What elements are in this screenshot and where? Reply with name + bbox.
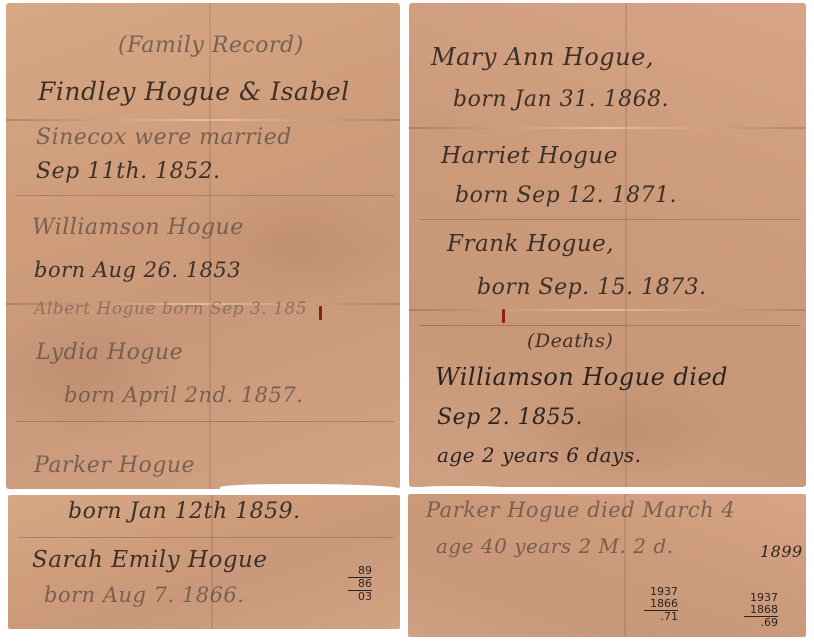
marriage-line-1: Findley Hogue & Isabel (38, 77, 350, 106)
vertical-fold (625, 3, 627, 487)
parker-birth: born Jan 12th 1859. (68, 499, 301, 524)
margin-calculation: 89 86 03 (348, 565, 372, 603)
ruled-line (16, 421, 394, 422)
margin-calculation-2: 1937 1868 .69 (744, 592, 778, 629)
fold-line (409, 127, 806, 129)
harriet-name: Harriet Hogue (441, 143, 618, 169)
harriet-birth: born Sep 12. 1871. (455, 183, 677, 208)
right-page-lower-sheet: Parker Hogue died March 4 age 40 years 2… (408, 494, 806, 637)
red-ink-mark (319, 306, 322, 320)
red-ink-mark (502, 309, 505, 323)
sarah-birth: born Aug 7. 1866. (44, 583, 244, 607)
calc-value: 03 (348, 590, 372, 603)
calc-value: .69 (744, 616, 778, 629)
parker-death-year: 1899 (760, 542, 803, 561)
williamson-name: Williamson Hogue (32, 215, 244, 240)
calc-value: .71 (644, 610, 678, 623)
margin-calculation-1: 1937 1866 .71 (644, 586, 678, 623)
parker-death: Parker Hogue died March 4 (426, 498, 735, 522)
mary-ann-birth: born Jan 31. 1868. (453, 87, 669, 112)
albert-line-erased: Albert Hogue born Sep 3. 185 (34, 299, 307, 319)
calc-value: 1868 (744, 604, 778, 616)
family-record-heading: (Family Record) (118, 33, 304, 58)
calc-value: 86 (348, 577, 372, 590)
marriage-line-2: Sinecox were married (36, 125, 292, 150)
stain (186, 183, 400, 303)
frank-birth: born Sep. 15. 1873. (477, 275, 707, 300)
lydia-name: Lydia Hogue (36, 340, 183, 365)
parker-age: age 40 years 2 M. 2 d. (436, 534, 673, 558)
calc-value: 1866 (644, 598, 678, 610)
ruled-line (419, 219, 800, 220)
williamson-birth: born Aug 26. 1853 (34, 258, 241, 282)
parker-name: Parker Hogue (34, 453, 195, 478)
lydia-birth: born April 2nd. 1857. (64, 383, 303, 407)
williamson-death: Williamson Hogue died (435, 363, 728, 391)
stain (6, 303, 186, 443)
frank-name: Frank Hogue, (447, 231, 614, 257)
williamson-death-date: Sep 2. 1855. (437, 405, 583, 430)
sarah-name: Sarah Emily Hogue (32, 547, 267, 573)
deaths-heading: (Deaths) (527, 330, 613, 352)
ruled-line (18, 537, 394, 538)
calc-value: 89 (348, 565, 372, 577)
fold-line (6, 119, 400, 121)
mary-ann-name: Mary Ann Hogue, (431, 43, 654, 71)
right-page-upper-sheet: Mary Ann Hogue, born Jan 31. 1868. Harri… (409, 3, 806, 487)
stain (509, 383, 729, 483)
torn-edge (220, 484, 400, 493)
fold-line (409, 309, 806, 311)
vertical-fold (209, 3, 211, 489)
ruled-line (419, 325, 800, 326)
left-page-lower-sheet: born Jan 12th 1859. Sarah Emily Hogue bo… (8, 495, 400, 629)
marriage-date: Sep 11th. 1852. (36, 159, 221, 184)
ruled-line (16, 195, 394, 196)
williamson-age: age 2 years 6 days. (437, 443, 641, 467)
left-page-upper-sheet: (Family Record) Findley Hogue & Isabel S… (6, 3, 400, 489)
